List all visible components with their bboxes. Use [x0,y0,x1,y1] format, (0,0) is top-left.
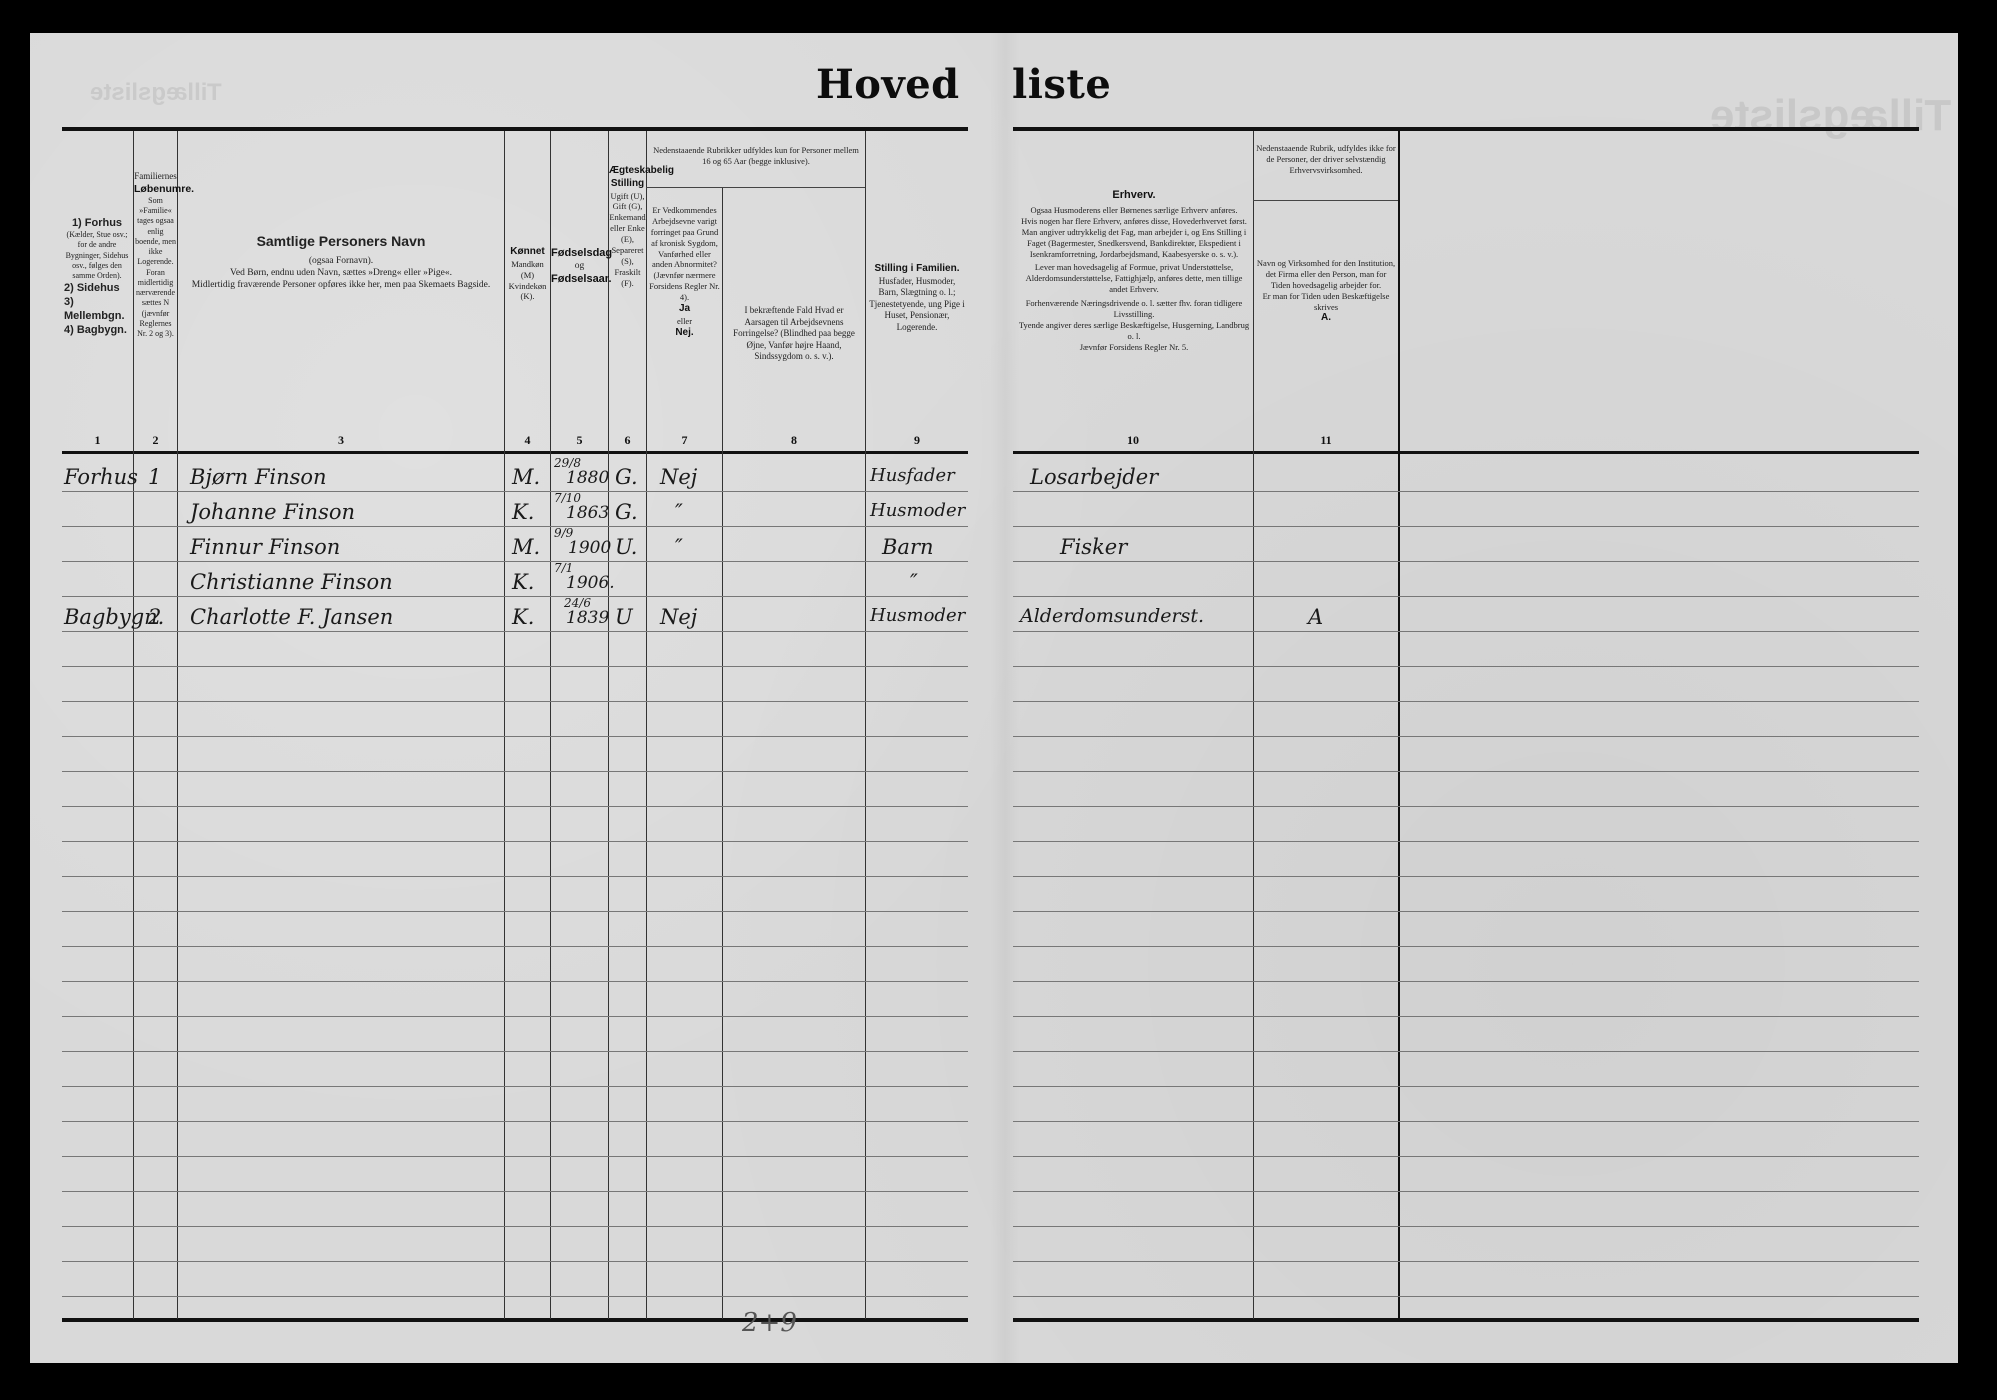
header-col5-title-a: Fødselsdag [551,246,608,260]
row2-marital[interactable]: G. [615,500,638,524]
row1-family-position[interactable]: Husfader [870,465,955,486]
row-line [62,946,968,947]
row-line [1013,911,1919,912]
row-line [62,876,968,877]
bleed-through-text-right: Tillægsliste [1710,91,1951,141]
row1-birth[interactable]: 29/8 1880 [554,456,608,490]
row-line [1013,1191,1919,1192]
row5-name[interactable]: Charlotte F. Jansen [190,605,393,629]
col-divider-3-4 [504,131,505,1319]
header-col4-text: Mandkøn (M) Kvindekøn (K). [505,259,550,303]
col-divider-2-3 [177,131,178,1319]
row3-birth[interactable]: 9/9 1900 [554,526,608,560]
header-col7-eller: eller [647,316,722,327]
row5-sex[interactable]: K. [512,605,534,629]
header-col5-og: og [551,260,608,272]
header-col3-sub1: (ogsaa Fornavn). [188,255,494,267]
row-line [62,1226,968,1227]
header-col9: Stilling i Familien. Husfader, Husmoder,… [868,263,966,333]
header-col10-p2: Hvis nogen har flere Erhverv, anføres di… [1018,216,1250,227]
row2-family-position[interactable]: Husmoder [870,500,965,521]
row-line [1013,1226,1919,1227]
row-line [62,1086,968,1087]
row-line [62,1016,968,1017]
row-line [1013,1016,1919,1017]
col-divider-7-8 [722,187,723,1319]
row-line [62,631,968,632]
page-title-left: Hoved [816,61,960,108]
row3-marital[interactable]: U. [615,535,637,559]
row-line [1013,631,1919,632]
bleed-through-text-left: Tillægsliste [90,79,222,107]
row-line [62,1121,968,1122]
header-col6-text: Ugift (U), Gift (G), Enkemand eller Enke… [609,191,646,289]
row-line [1013,876,1919,877]
row-line [1013,701,1919,702]
header-col9-text: Husfader, Husmoder, Barn, Slægtning o. l… [868,276,966,334]
header-col10-title: Erhverv. [1018,188,1250,202]
row1-sex[interactable]: M. [512,465,540,489]
header-col10-p7: Jævnfør Forsidens Regler Nr. 5. [1018,342,1250,353]
row1-occupation[interactable]: Losarbejder [1030,465,1158,489]
col-divider-11-blank [1398,131,1400,1319]
row1-birth-year: 1880 [566,468,609,488]
header-col11-a: A. [1256,312,1396,325]
row4-name[interactable]: Christianne Finson [190,570,393,594]
column-number-3: 3 [178,433,504,448]
row-line [1013,596,1919,597]
header-col3: Samtlige Personers Navn (ogsaa Fornavn).… [188,233,494,291]
header-col7: Er Vedkommendes Arbejdsevne varigt forri… [647,205,722,339]
header-col1-note: (Kælder, Stue osv.; for de andre Bygning… [62,230,132,281]
row-line [1013,946,1919,947]
row-line [62,771,968,772]
row-line [1013,1296,1919,1297]
row1-family-number[interactable]: 1 [148,465,161,489]
row5-family-position[interactable]: Husmoder [870,605,965,626]
row2-birth[interactable]: 7/10 1863 [554,491,608,525]
page-gutter [990,33,1020,1363]
header-col1-mellembygning: 3) Mellembgn. [62,295,132,323]
row-line [62,736,968,737]
row-line [1013,526,1919,527]
header-col8: I bekræftende Fald Hvad er Aarsagen til … [728,305,860,363]
header-col2-title-a: Familiernes [134,171,177,183]
row3-occupation[interactable]: Fisker [1060,535,1127,559]
header-col4: Kønnet Mandkøn (M) Kvindekøn (K). [505,246,550,302]
col78-group-rule [646,187,865,188]
header-col10-p4: Lever man hovedsagelig af Formue, privat… [1018,262,1250,295]
row-line [62,1051,968,1052]
row-line [62,806,968,807]
col-divider-4-5 [550,131,551,1319]
header-col10-p5: Forhenværende Næringsdrivende o. l. sætt… [1018,298,1250,320]
bottom-rule-left [62,1318,968,1322]
header-col11-text: Navn og Virksomhed for den Institution, … [1256,258,1396,291]
header-col1-bagbygning: 4) Bagbygn. [62,323,132,337]
header-col3-sub2: Ved Børn, endnu uden Navn, sættes »Dreng… [188,267,494,279]
row5-occupation[interactable]: Alderdomsunderst. [1020,605,1204,627]
header-col5-title-b: Fødselsaar. [551,272,608,286]
header-col3-sub3: Midlertidig fraværende Personer opføres … [188,279,494,291]
header-col10: Erhverv. Ogsaa Husmoderens eller Børnene… [1018,188,1250,352]
header-rule-right [1013,451,1919,454]
column-number-4: 4 [505,433,550,448]
row-line [62,981,968,982]
row3-ability[interactable]: ″ [675,535,683,559]
row3-family-position[interactable]: Barn [882,535,934,559]
row1-ability[interactable]: Nej [660,465,697,489]
row4-birth[interactable]: 7/1 1906. [554,561,608,595]
col11-top-rule [1253,200,1398,201]
row2-birth-year: 1863 [566,503,609,523]
header-col7-text: Er Vedkommendes Arbejdsevne varigt forri… [647,205,722,303]
row4-birth-year: 1906. [566,573,615,593]
row-line [1013,1261,1919,1262]
top-rule-right [1013,127,1919,131]
row5-marital[interactable]: U [615,605,633,629]
column-number-10: 10 [1013,433,1253,448]
column-number-5: 5 [551,433,608,448]
header-col2-text: Som »Familie« tages ogsaa enlig boende, … [134,196,177,339]
header-col11: Navn og Virksomhed for den Institution, … [1256,258,1396,325]
row2-sex[interactable]: K. [512,500,534,524]
column-number-7: 7 [647,433,722,448]
header-col2-title-b: Løbenumre. [134,183,177,196]
row-line [62,1156,968,1157]
header-col10-p6: Tyende angiver deres særlige Beskæftigel… [1018,320,1250,342]
row-line [62,491,968,492]
row3-birth-year: 1900 [568,538,611,558]
row-line [1013,1086,1919,1087]
row5-employer[interactable]: A [1308,605,1323,629]
row-line [62,1261,968,1262]
header-col6: Ægteskabelig Stilling Ugift (U), Gift (G… [609,165,646,288]
column-number-2: 2 [134,433,177,448]
row2-ability[interactable]: ″ [675,500,683,524]
row-line [1013,1051,1919,1052]
col-divider-8-9 [865,131,866,1319]
row-line [1013,561,1919,562]
row4-family-position[interactable]: ″ [910,570,918,594]
row5-family-number[interactable]: 2 [148,605,161,629]
row3-name[interactable]: Finnur Finson [190,535,340,559]
row3-sex[interactable]: M. [512,535,540,559]
row-line [1013,736,1919,737]
header-col78-group: Nedenstaaende Rubrikker udfyldes kun for… [650,145,862,167]
page-title-right: liste [1012,61,1111,108]
column-number-1: 1 [62,433,133,448]
header-col1: 1) Forhus (Kælder, Stue osv.; for de and… [62,216,132,338]
row-line [62,841,968,842]
row-line [1013,841,1919,842]
header-col3-title: Samtlige Personers Navn [188,233,494,251]
row-line [62,596,968,597]
row-line [62,561,968,562]
header-col5: Fødselsdag og Fødselsaar. [551,246,608,286]
header-col4-title: Kønnet [505,246,550,259]
header-rule-left [62,451,968,454]
header-col2: Familiernes Løbenumre. Som »Familie« tag… [134,171,177,339]
header-col1-sidehus: 2) Sidehus [62,281,132,295]
census-form-spread: Tillægsliste Tillægsliste Hoved liste 1)… [30,33,1958,1363]
row-line [1013,981,1919,982]
row-line [1013,806,1919,807]
row-line [62,526,968,527]
column-number-11: 11 [1254,433,1398,448]
pencil-note: 2+9 [742,1308,797,1338]
row4-sex[interactable]: K. [512,570,534,594]
row5-birth-year: 1839 [566,608,609,628]
row-line [1013,1156,1919,1157]
header-col1-forhus: 1) Forhus [62,216,132,230]
row-line [62,1191,968,1192]
header-col7-nej: Nej. [647,327,722,340]
row-line [1013,771,1919,772]
col-divider-5-6 [608,131,609,1319]
header-col10-p1: Ogsaa Husmoderens eller Børnenes særlige… [1018,205,1250,216]
header-col10-p3: Man angiver udtrykkelig det Fag, man arb… [1018,227,1250,260]
row-line [62,666,968,667]
header-col9-title: Stilling i Familien. [868,263,966,276]
row5-ability[interactable]: Nej [660,605,697,629]
bottom-rule-right [1013,1318,1919,1322]
header-col11-text2: Er man for Tiden uden Beskæftigelse skri… [1256,291,1396,313]
row1-name[interactable]: Bjørn Finson [190,465,327,489]
row1-building[interactable]: Forhus [64,465,138,489]
col-divider-10-11 [1253,131,1254,1319]
header-col11-top: Nedenstaaende Rubrik, udfyldes ikke for … [1256,143,1396,176]
header-col7-ja: Ja [647,303,722,316]
row-line [62,1296,968,1297]
header-col6-title: Ægteskabelig Stilling [609,165,646,191]
row2-name[interactable]: Johanne Finson [190,500,355,524]
row-line [1013,666,1919,667]
column-number-9: 9 [866,433,968,448]
row-line [1013,491,1919,492]
row-line [62,701,968,702]
row-line [1013,1121,1919,1122]
row1-marital[interactable]: G. [615,465,638,489]
row5-birth[interactable]: 24/6 1839 [554,596,608,630]
row-line [62,911,968,912]
top-rule-left [62,127,968,131]
column-number-6: 6 [609,433,646,448]
column-number-8: 8 [723,433,865,448]
